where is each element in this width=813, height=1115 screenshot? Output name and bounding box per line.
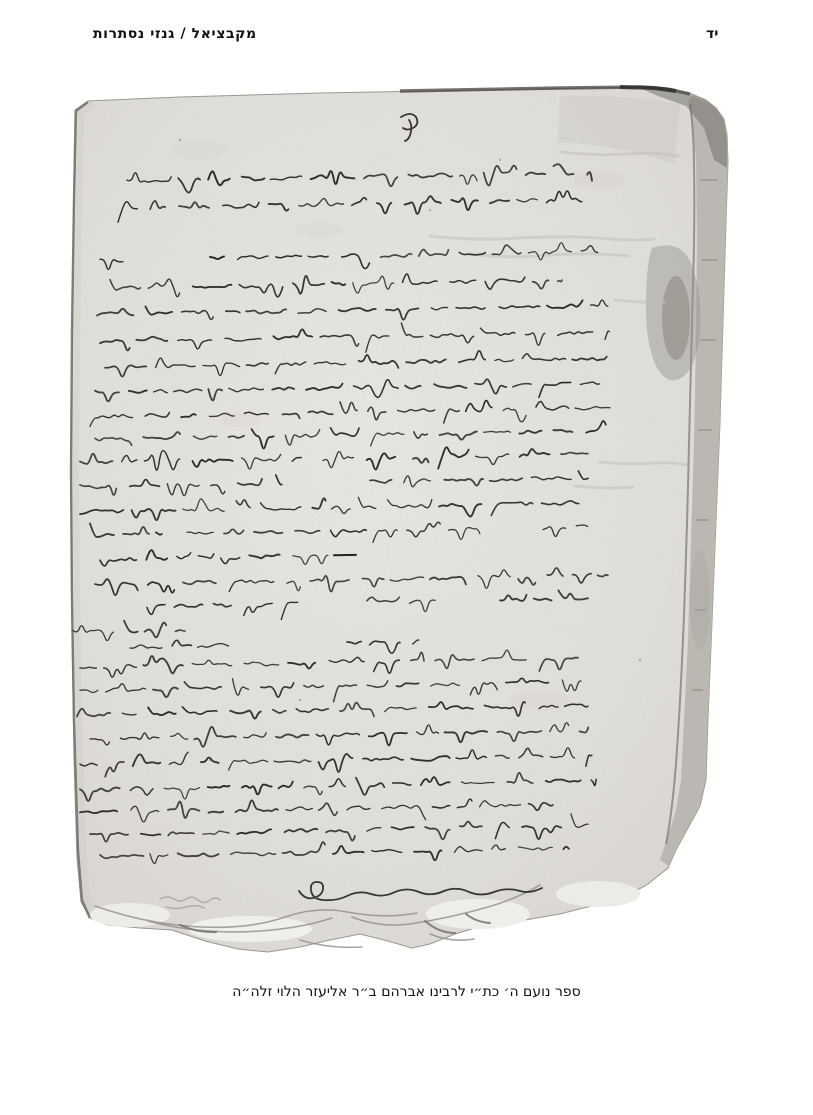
running-head: מקבציאל / גנזי נסתרות יד (0, 0, 813, 60)
manuscript-photo (60, 82, 776, 962)
paper-grain-texture (71, 87, 728, 952)
manuscript-plate-svg (60, 82, 776, 962)
figure-caption: ספר נועם ה׳ כת״י לרבינו אברהם ב״ר אליעזר… (0, 984, 813, 1000)
folio-number: יד (706, 26, 718, 42)
book-title: מקבציאל / גנזי נסתרות (93, 26, 257, 42)
